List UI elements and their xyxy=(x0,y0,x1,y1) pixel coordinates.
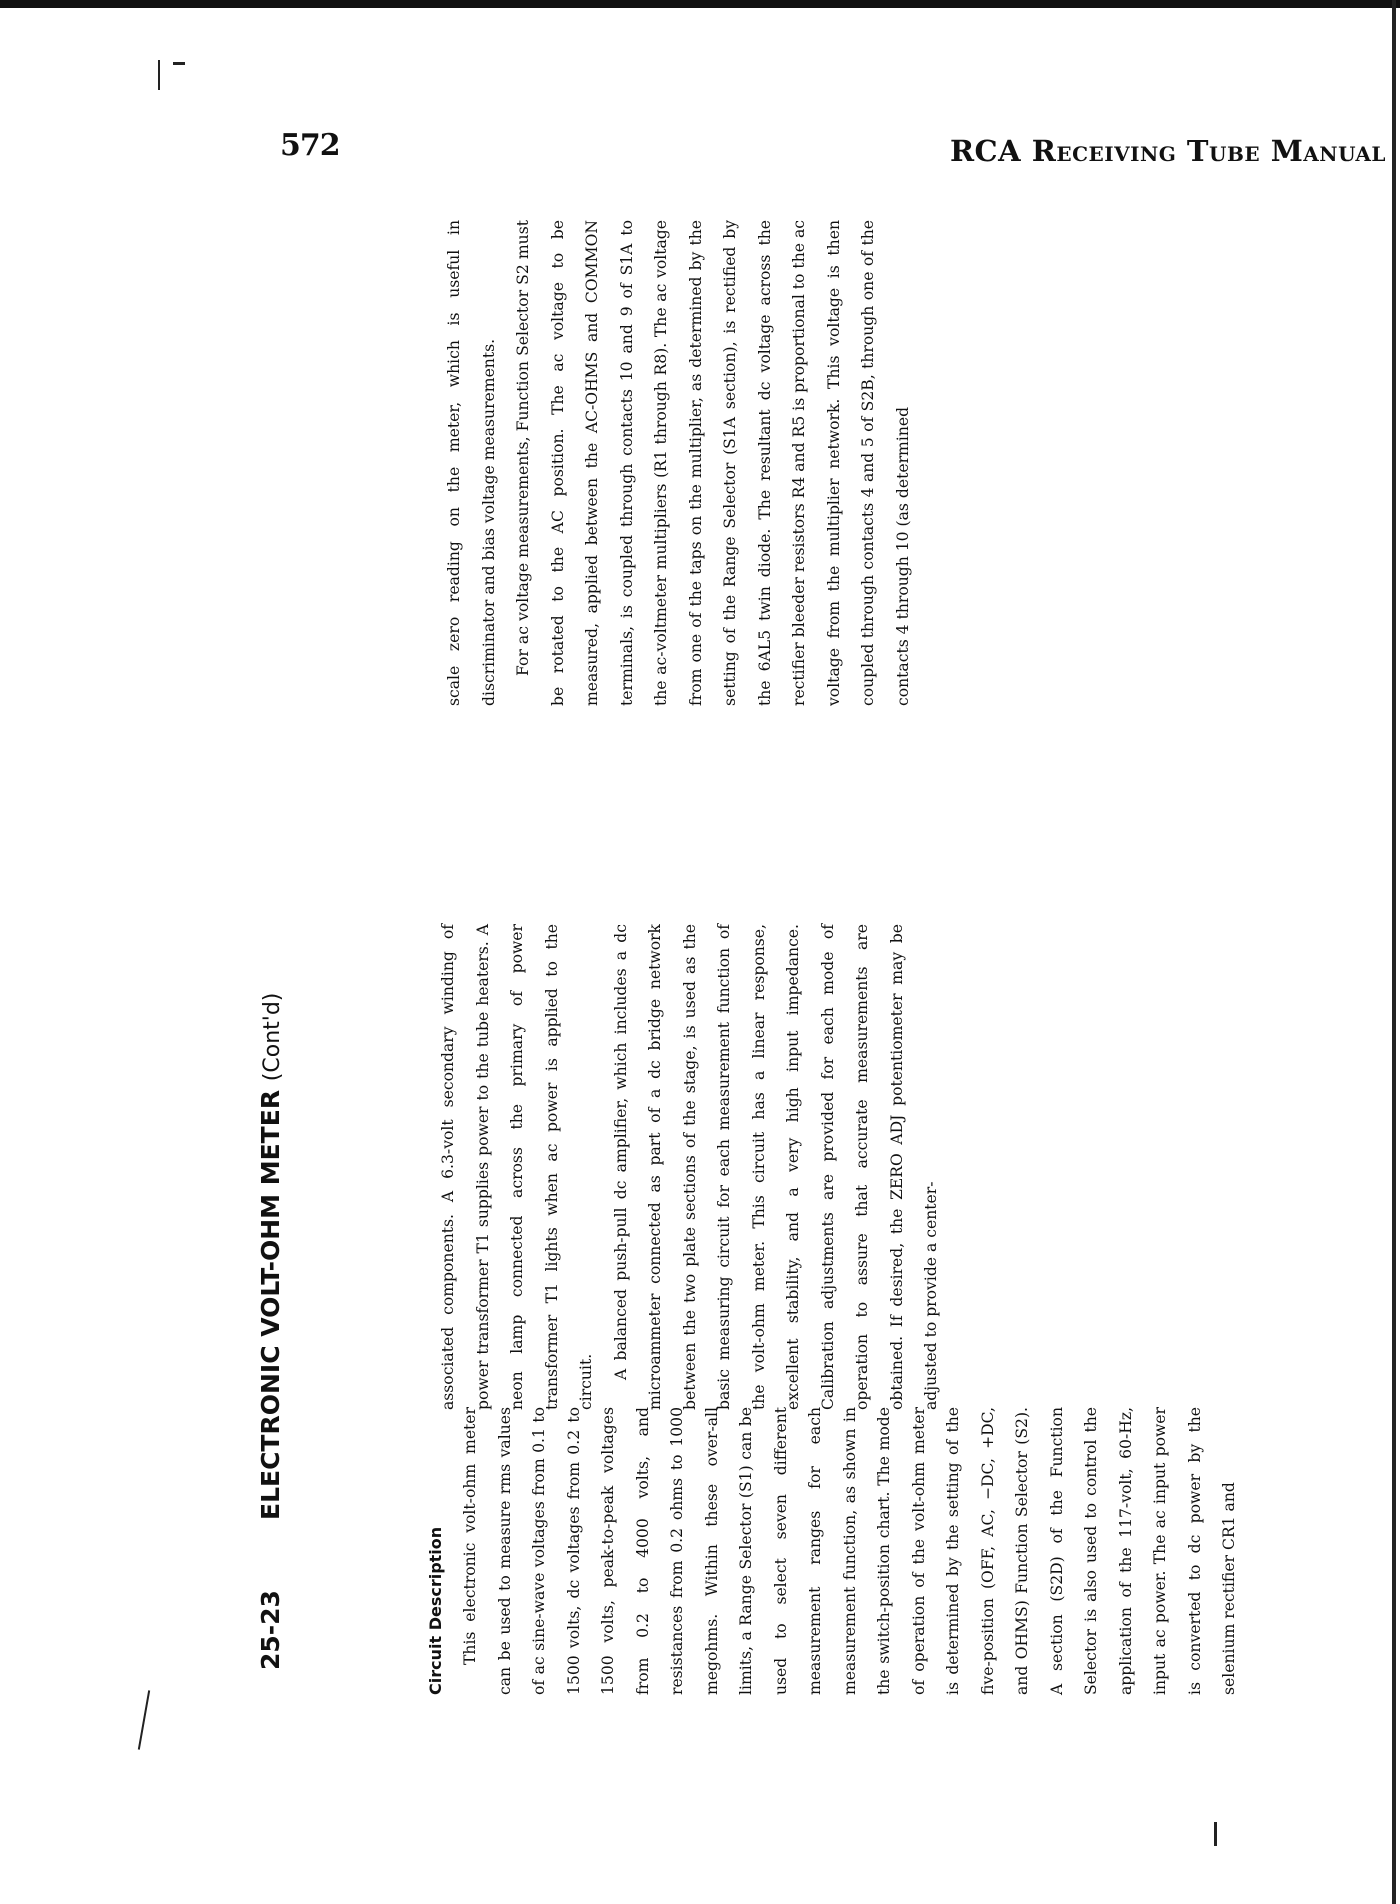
scan-mark xyxy=(138,1690,150,1749)
paragraph: A balanced push-pull dc amplifier, which… xyxy=(604,924,949,1410)
text-column-2: associated components. A 6.3-volt second… xyxy=(431,924,1021,1410)
section-number: 25-23 xyxy=(243,1520,299,1670)
running-head-title: Receiving Tube Manual xyxy=(1032,134,1386,168)
scan-mark xyxy=(1214,1822,1217,1846)
page-number: 572 xyxy=(280,128,340,163)
paragraph: associated components. A 6.3-volt second… xyxy=(431,924,604,1410)
paragraph: For ac voltage measurements, Function Se… xyxy=(506,220,920,706)
section-continued: (Cont'd) xyxy=(260,993,285,1082)
running-head: RCA Receiving Tube Manual xyxy=(950,134,1386,168)
scan-mark xyxy=(158,60,160,90)
scan-edge-top xyxy=(0,0,1400,8)
scan-mark xyxy=(173,62,185,65)
text-column-3: scale zero reading on the meter, which i… xyxy=(437,220,1027,706)
section-heading: 25-23ELECTRONIC VOLT-OHM METER (Cont'd) xyxy=(243,1090,299,1670)
paragraph: This electronic volt-ohm meter can be us… xyxy=(453,1407,1247,1695)
scan-edge-right xyxy=(1392,0,1396,1904)
text-column-1: Circuit Description This electronic volt… xyxy=(419,1407,1019,1695)
subheading-circuit-description: Circuit Description xyxy=(419,1407,453,1695)
running-head-publisher: RCA xyxy=(950,134,1032,168)
section-title: ELECTRONIC VOLT-OHM METER xyxy=(256,1090,285,1520)
paragraph: scale zero reading on the meter, which i… xyxy=(437,220,506,706)
